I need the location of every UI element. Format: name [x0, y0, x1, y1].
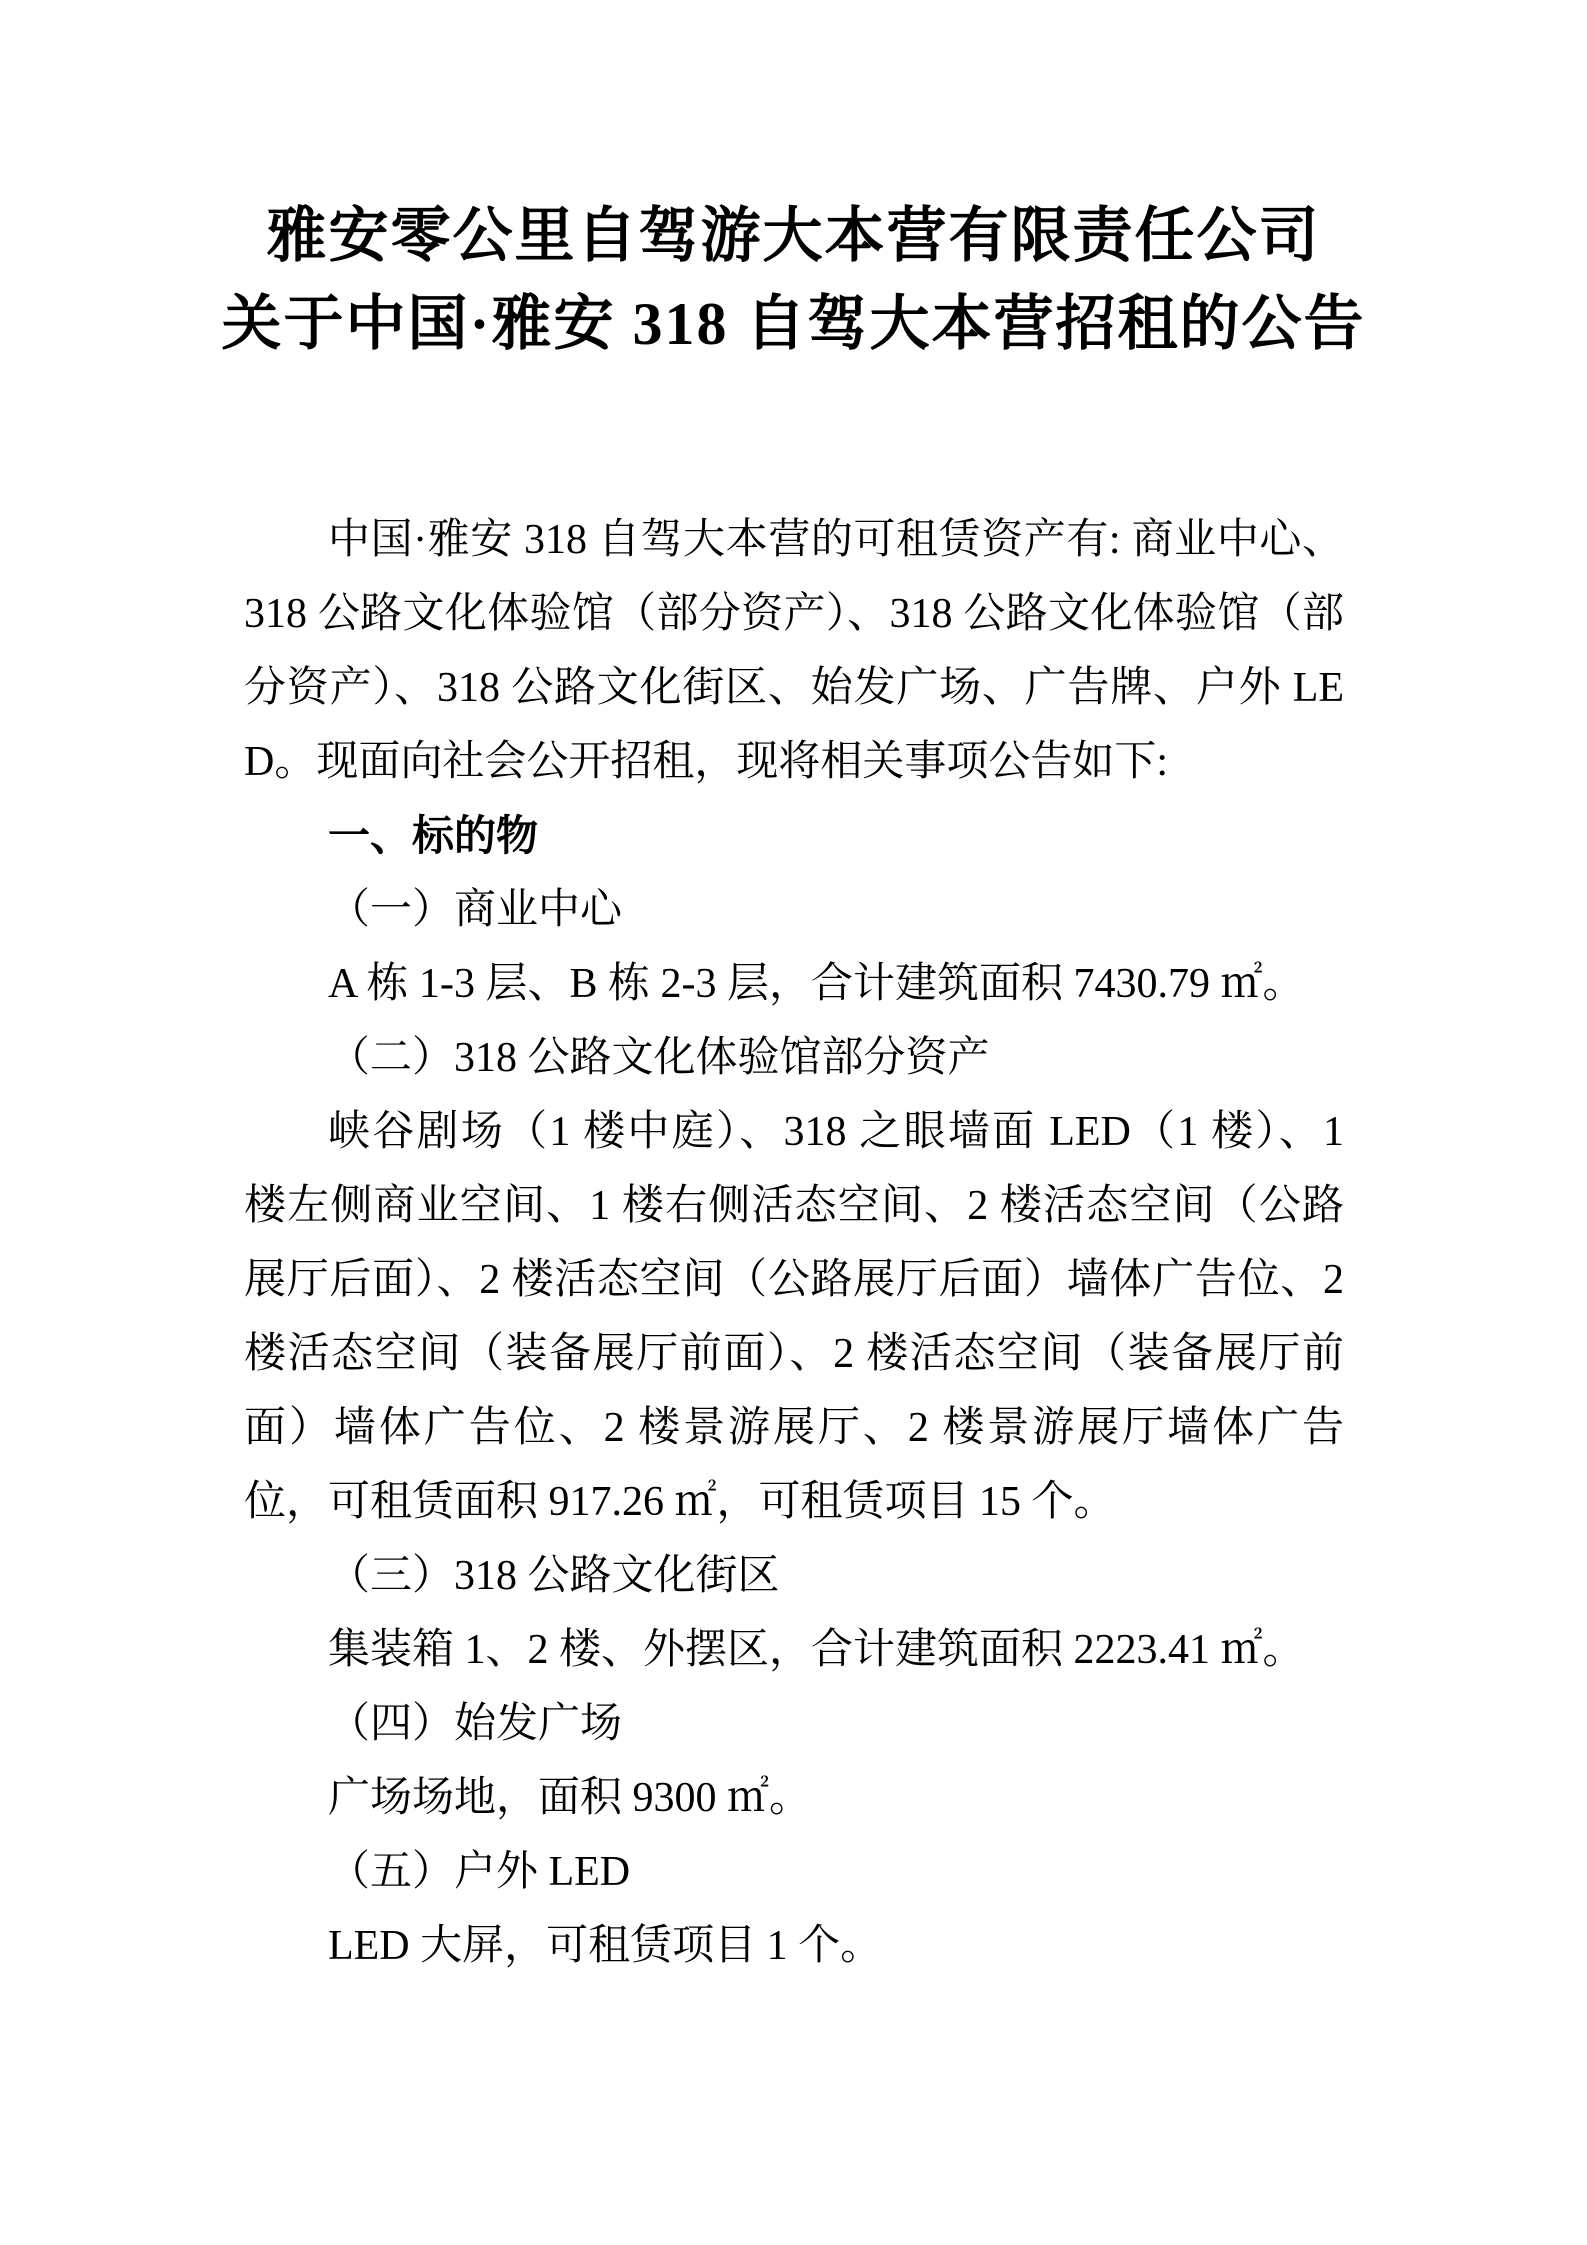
paragraph: （四）始发广场 [244, 1687, 1344, 1761]
document-title-line-2: 关于中国·雅安 318 自驾大本营招租的公告 [0, 280, 1587, 368]
document-page: 雅安零公里自驾游大本营有限责任公司 关于中国·雅安 318 自驾大本营招租的公告… [0, 0, 1587, 2245]
paragraph: 集装箱 1、2 楼、外摆区，合计建筑面积 2223.41 ㎡。 [244, 1613, 1344, 1687]
paragraph: LED 大屏，可租赁项目 1 个。 [244, 1909, 1344, 1983]
paragraph: （二）318 公路文化体验馆部分资产 [244, 1021, 1344, 1095]
document-title-line-1: 雅安零公里自驾游大本营有限责任公司 [0, 192, 1587, 280]
paragraph: （一）商业中心 [244, 873, 1344, 947]
paragraph: 广场场地，面积 9300 ㎡。 [244, 1761, 1344, 1835]
paragraph: （三）318 公路文化街区 [244, 1539, 1344, 1613]
paragraph: 中国·雅安 318 自驾大本营的可租赁资产有: 商业中心、318 公路文化体验馆… [244, 503, 1344, 799]
paragraph: （五）户外 LED [244, 1835, 1344, 1909]
document-title: 雅安零公里自驾游大本营有限责任公司 关于中国·雅安 318 自驾大本营招租的公告 [0, 0, 1587, 368]
paragraph: 峡谷剧场（1 楼中庭）、318 之眼墙面 LED（1 楼）、1 楼左侧商业空间、… [244, 1095, 1344, 1539]
paragraph: 一、标的物 [244, 799, 1344, 873]
paragraph: A 栋 1-3 层、B 栋 2-3 层，合计建筑面积 7430.79 ㎡。 [244, 947, 1344, 1021]
document-body: 中国·雅安 318 自驾大本营的可租赁资产有: 商业中心、318 公路文化体验馆… [244, 503, 1344, 1983]
